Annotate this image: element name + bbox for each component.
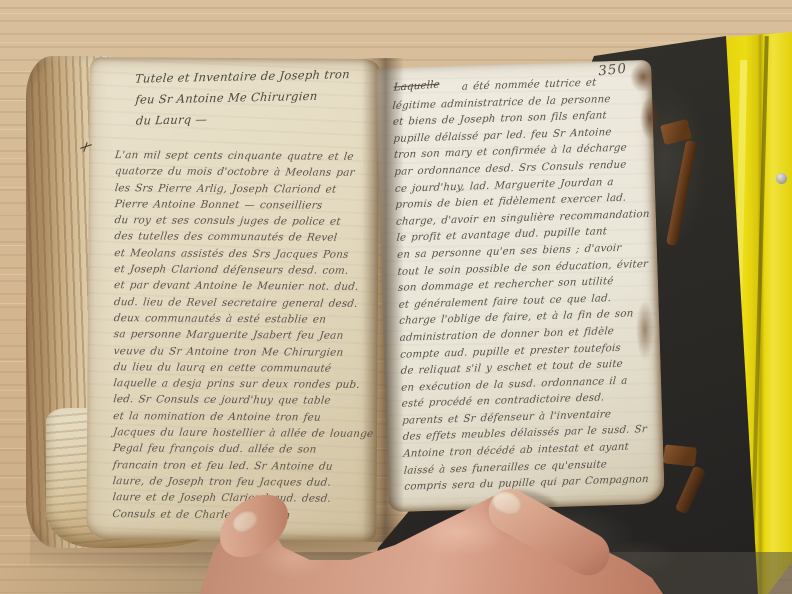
- manuscript-line: les Srs Pierre Arlig, Joseph Clariond et: [114, 180, 376, 198]
- manuscript-line: du lieu du laurq en cette communauté: [113, 359, 375, 377]
- burn-mark: [636, 300, 654, 360]
- manuscript-text-left: L'an mil sept cents cinquante quatre et …: [112, 147, 375, 524]
- manuscript-line: led. Sr Consuls ce jourd'huy que table: [112, 392, 374, 410]
- manuscript-line: dud. lieu de Revel secretaire general de…: [113, 294, 375, 312]
- folder-snap-button: [776, 173, 787, 184]
- manuscript-line: quatorze du mois d'octobre à Meolans par: [114, 163, 376, 181]
- manuscript-line: et la nomination de Antoine tron feu: [112, 408, 374, 426]
- manuscript-line: Pegal feu françois dud. allée de son: [112, 441, 374, 459]
- burn-mark: [630, 62, 656, 92]
- book-gutter-shadow: [362, 58, 404, 542]
- manuscript-header: Tutele et Inventaire de Joseph tronfeu S…: [135, 64, 372, 132]
- left-page: Tutele et Inventaire de Joseph tronfeu S…: [86, 57, 379, 541]
- burn-mark: [640, 96, 660, 140]
- right-page: 350 Laquelle a été nommée tutrice etlégi…: [375, 60, 665, 512]
- manuscript-line: veuve du Sr Antoine tron Me Chirurgien: [113, 343, 375, 361]
- manuscript-line: Pierre Antoine Bonnet — conseilliers: [114, 196, 376, 214]
- manuscript-line: et Meolans assistés des Srs Jacques Pons: [113, 245, 375, 263]
- manuscript-line: francain tron et feu led. Sr Antoine du: [112, 457, 374, 475]
- photo-of-open-manuscript: Tutele et Inventaire de Joseph tronfeu S…: [0, 0, 792, 594]
- manuscript-line: des tutelles des communautés de Revel: [114, 229, 376, 247]
- manuscript-line: du Laurq —: [135, 106, 373, 132]
- ink-cross-mark: [80, 142, 92, 152]
- manuscript-line: sa personne Marguerite Jsabert feu Jean: [113, 326, 375, 344]
- manuscript-line: et par devant Antoine le Meunier not. du…: [113, 278, 375, 296]
- manuscript-text-right: a été nommée tutrice etlégitime administ…: [392, 74, 659, 497]
- leather-tie-bottom: [663, 444, 697, 466]
